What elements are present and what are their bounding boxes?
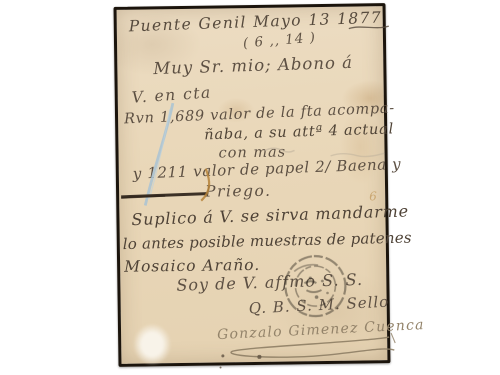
salutation-line: Muy Sr. mio; Abono á <box>153 55 353 78</box>
dateline: Puente Genil Mayo 13 1877 <box>129 11 383 35</box>
body-line-1: V. en cta <box>131 85 212 106</box>
date-note: ( 6 ,, 14 ) <box>243 32 317 52</box>
ink-speck <box>221 354 224 357</box>
closing-line-2: Q. B. S. M. Sello <box>248 295 389 317</box>
closing-line-1: Soy de V. affmo S. S. <box>176 272 363 294</box>
ink-speck <box>220 366 222 368</box>
body-line-5: y 1211 valor de papel 2/ Baena y <box>133 157 402 182</box>
ink-speck <box>257 355 261 359</box>
postal-card: Puente Genil Mayo 13 1877 ( 6 ,, 14 ) Mu… <box>114 3 391 367</box>
sum-underline <box>119 189 215 202</box>
amount-note: 6 <box>369 190 377 202</box>
paper-damage-spot <box>133 323 172 366</box>
body-line-3: ñaba, a su attª 4 actual <box>204 122 394 142</box>
photo-background: Puente Genil Mayo 13 1877 ( 6 ,, 14 ) Mu… <box>0 0 500 375</box>
body-line-6: Priego. <box>205 184 272 200</box>
body-line-8: lo antes posible muestras de patenes <box>123 231 412 253</box>
signature-line: Gonzalo Gimenez Cuenca <box>217 318 425 342</box>
body-line-7: Suplico á V. se sirva mandarme <box>131 203 409 228</box>
